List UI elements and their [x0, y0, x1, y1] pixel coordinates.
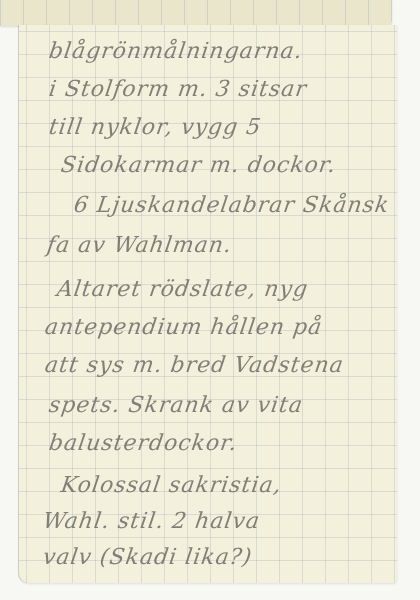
handwritten-line-12: Kolossal sakristia,	[59, 473, 283, 498]
notebook-page: blågrönmålningarna. i Stolform m. 3 sits…	[19, 25, 397, 583]
handwritten-line-10: spets. Skrank av vita	[47, 393, 305, 418]
underlying-page-edge	[0, 0, 392, 26]
handwritten-line-6: fa av Wahlman.	[45, 233, 233, 258]
handwritten-line-13: Wahl. stil. 2 halva	[41, 509, 262, 534]
handwritten-line-4: Sidokarmar m. dockor.	[59, 153, 338, 178]
handwritten-line-1: blågrönmålningarna.	[47, 39, 304, 64]
handwritten-line-14: valv (Skadi lika?)	[41, 545, 254, 570]
handwritten-line-2: i Stolform m. 3 sitsar	[47, 77, 308, 102]
handwritten-line-11: balusterdockor.	[47, 431, 239, 456]
handwritten-line-5: 6 Ljuskandelabrar Skånsk	[72, 193, 391, 218]
handwritten-line-3: till nyklor, vygg 5	[47, 115, 263, 140]
handwritten-line-9: att sys m. bred Vadstena	[43, 353, 345, 378]
handwritten-line-7: Altaret rödslate, nyg	[55, 277, 310, 302]
handwritten-line-8: antependium hållen på	[43, 315, 324, 340]
